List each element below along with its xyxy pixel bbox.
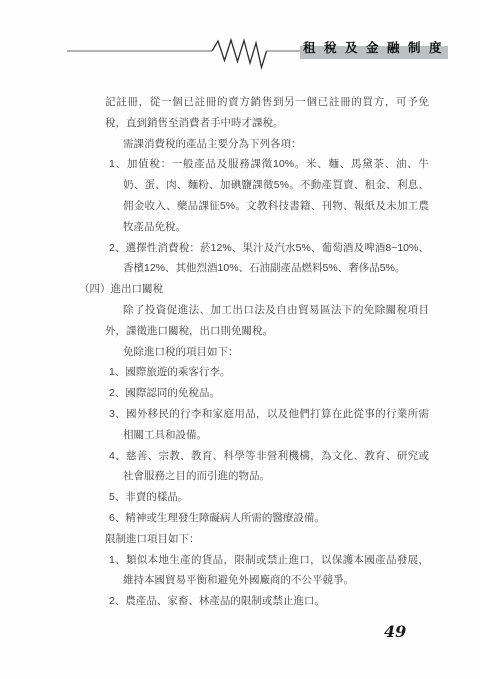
list-item: 2、國際認同的免稅品。 [109, 383, 429, 404]
list-item: 2、選擇性消費稅：菸12%、果汁及汽水5%、葡萄酒及啤酒8~10%、香檳12%、… [109, 238, 429, 280]
section-heading: （四）進出口關稅 [79, 279, 429, 300]
zigzag-icon [212, 40, 267, 68]
list-item: 1、國際旅遊的乘客行李。 [109, 362, 429, 383]
list-item: 4、慈善、宗教、教育、科學等非營利機構，為文化、教育、研究或社會服務之目的而引進… [109, 446, 429, 488]
paragraph: 限制進口項目如下： [105, 529, 429, 550]
list-item: 5、非賣的樣品。 [109, 487, 429, 508]
list-item: 1、加值稅：一般產品及服務課徵10%。米、麵、馬黛茶、油、牛奶、蛋、肉、麵粉、加… [109, 154, 429, 237]
paragraph: 免除進口稅的項目如下： [105, 342, 429, 363]
list-item: 3、國外移民的行李和家庭用品，以及他們打算在此從事的行業所需相關工具和設備。 [109, 404, 429, 446]
paragraph: 需課消費稅的產品主要分為下列各項： [105, 134, 429, 155]
list-item: 2、農產品、家畜、林產品的限制或禁止進口。 [109, 591, 429, 612]
page-body: 記註冊，從一個已註冊的賣方銷售到另一個已註冊的買方，可予免稅，直到銷售至消費者手… [79, 92, 429, 612]
page-number: 49 [384, 622, 406, 641]
header-rule [0, 0, 480, 70]
list-item: 1、類似本地生產的貨品，限制或禁止進口，以保護本國產品發展，維持本國貿易平衡和避… [109, 550, 429, 592]
list-item: 6、精神或生理發生障礙病人所需的醫療設備。 [109, 508, 429, 529]
paragraph: 除了投資促進法、加工出口法及自由貿易區法下的免除關稅項目外，課徵進口關稅，出口則… [105, 300, 429, 342]
paragraph: 記註冊，從一個已註冊的賣方銷售到另一個已註冊的買方，可予免稅，直到銷售至消費者手… [105, 92, 429, 134]
document-page: 租稅及金融制度 記註冊，從一個已註冊的賣方銷售到另一個已註冊的買方，可予免稅，直… [0, 0, 480, 679]
header-title: 租稅及金融制度 [303, 42, 450, 55]
